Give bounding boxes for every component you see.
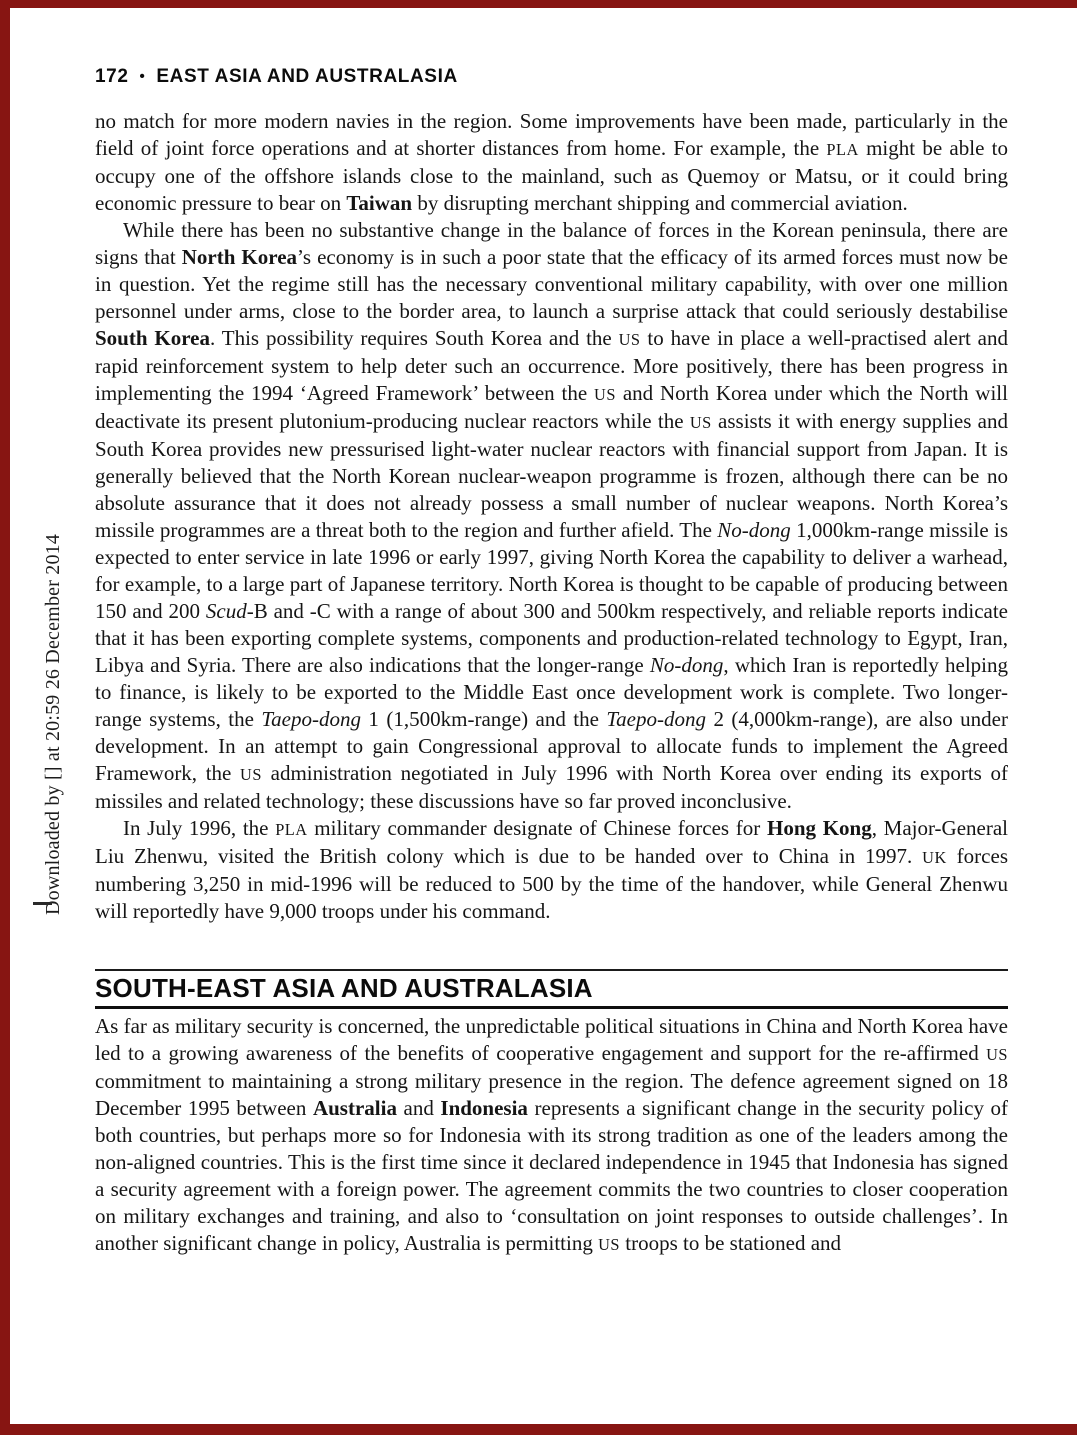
- text-segment: . This possibility requires South Korea …: [210, 326, 619, 350]
- watermark-dash: [33, 902, 52, 905]
- text-segment: North Korea: [182, 245, 297, 269]
- page-content: 172•EAST ASIA AND AUSTRALASIA no match f…: [95, 66, 1008, 1258]
- running-header: 172•EAST ASIA AND AUSTRALASIA: [95, 66, 1008, 88]
- paragraph-south-east-asia: As far as military security is concerned…: [95, 1013, 1008, 1258]
- paragraph-korea: While there has been no substantive chan…: [95, 217, 1008, 815]
- scan-edge-left: [0, 0, 10, 1435]
- text-segment: US: [619, 330, 641, 349]
- page-number: 172: [95, 66, 129, 87]
- scan-edge-top: [0, 0, 1077, 8]
- running-header-title: EAST ASIA AND AUSTRALASIA: [156, 66, 457, 87]
- scan-edge-bottom: [0, 1424, 1077, 1435]
- section-heading: SOUTH-EAST ASIA AND AUSTRALASIA: [95, 974, 1008, 1002]
- watermark-text: Downloaded by [] at 20:59 26 December 20…: [42, 534, 64, 915]
- text-segment: US: [690, 413, 712, 432]
- text-segment: UK: [922, 848, 947, 867]
- text-segment: Hong Kong: [767, 816, 872, 840]
- text-segment: Taepo-dong: [606, 707, 706, 731]
- text-segment: US: [240, 765, 262, 784]
- text-segment: PLA: [826, 140, 858, 159]
- text-segment: South Korea: [95, 326, 210, 350]
- text-segment: US: [598, 1235, 620, 1254]
- bullet-separator: •: [140, 68, 146, 85]
- scanned-page: Downloaded by [] at 20:59 26 December 20…: [0, 0, 1077, 1435]
- download-watermark: Downloaded by [] at 20:59 26 December 20…: [42, 534, 65, 915]
- text-segment: No-dong: [717, 518, 791, 542]
- text-segment: Taepo-dong: [261, 707, 361, 731]
- text-segment: Taiwan: [346, 191, 412, 215]
- text-segment: and: [397, 1096, 440, 1120]
- text-segment: 1 (1,500km-range) and the: [361, 707, 606, 731]
- text-segment: Australia: [313, 1096, 397, 1120]
- section-heading-block: SOUTH-EAST ASIA AND AUSTRALASIA: [95, 969, 1008, 1009]
- text-segment: PLA: [275, 820, 307, 839]
- text-segment: As far as military security is concerned…: [95, 1014, 1008, 1065]
- text-segment: Indonesia: [440, 1096, 528, 1120]
- paragraph-hong-kong: In July 1996, the PLA military commander…: [95, 815, 1008, 925]
- text-segment: No-dong: [650, 653, 724, 677]
- text-segment: by disrupting merchant shipping and comm…: [412, 191, 908, 215]
- text-segment: military commander designate of Chinese …: [308, 816, 767, 840]
- text-segment: US: [986, 1045, 1008, 1064]
- paragraph-navies: no match for more modern navies in the r…: [95, 108, 1008, 217]
- text-segment: In July 1996, the: [123, 816, 275, 840]
- text-segment: troops to be stationed and: [620, 1231, 841, 1255]
- text-segment: US: [594, 385, 616, 404]
- text-segment: Scud: [206, 599, 247, 623]
